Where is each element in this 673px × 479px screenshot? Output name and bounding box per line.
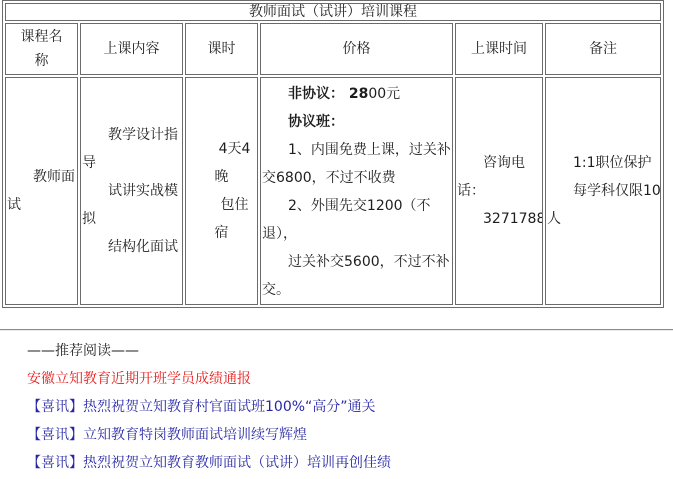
- header-line: 称: [6, 49, 77, 73]
- phone-number: 3271788: [457, 205, 541, 233]
- cell-course-hours: 4天4 晚 包住 宿: [185, 77, 258, 305]
- col-header-hours: 课时: [185, 23, 258, 75]
- price-nonagreement-label: 非协议： 28: [288, 86, 368, 102]
- cell-course-name: 教师面 试: [5, 77, 78, 305]
- text-line: 拟: [82, 205, 181, 233]
- table-title: 教师面试（试讲）培训课程: [5, 3, 661, 21]
- link-tegang-teacher-interview[interactable]: 【喜讯】立知教育特岗教师面试培训续写辉煌: [27, 421, 673, 449]
- text-line: 非协议： 2800元: [262, 80, 451, 108]
- text-line: 交6800，不过不收费: [262, 164, 451, 192]
- cell-course-note: 1:1职位保护 每学科仅限10 人: [545, 77, 661, 305]
- text-line: 包住: [187, 191, 256, 219]
- text-line: 1、内围免费上课，过关补: [262, 136, 451, 164]
- text-line: 教师面: [7, 163, 76, 191]
- text-line: 2、外围先交1200（不: [262, 192, 451, 220]
- text-line: 试讲实战模: [82, 177, 181, 205]
- col-header-time: 上课时间: [455, 23, 543, 75]
- text-line: 试: [7, 191, 76, 219]
- col-header-content: 上课内容: [80, 23, 183, 75]
- cell-course-content: 教学设计指 导 试讲实战模 拟 结构化面试: [80, 77, 183, 305]
- text-line: 退），: [262, 220, 451, 248]
- text-line: 导: [82, 149, 181, 177]
- recommended-reading-heading: ——推荐阅读——: [27, 337, 673, 365]
- text-line: 话：: [457, 177, 541, 205]
- text-line: 咨询电: [457, 149, 541, 177]
- price-nonagreement-value: 00元: [368, 86, 400, 102]
- header-line: 课程名: [6, 25, 77, 49]
- cell-course-time: 咨询电 话： 3271788: [455, 77, 543, 305]
- section-divider: [0, 329, 673, 331]
- link-teacher-interview-training[interactable]: 【喜讯】热烈祝贺立知教育教师面试（试讲）培训再创佳绩: [27, 449, 673, 477]
- text-line: 每学科仅限10: [547, 177, 659, 205]
- col-header-course-name: 课程名 称: [5, 23, 78, 75]
- text-line: 4天4: [187, 135, 256, 163]
- text-line: 人: [547, 205, 659, 233]
- text-line: 教学设计指: [82, 121, 181, 149]
- col-header-price: 价格: [260, 23, 453, 75]
- course-table: 教师面试（试讲）培训课程 课程名 称 上课内容 课时 价格 上课时间 备注 教师…: [2, 0, 664, 308]
- text-line: 宿: [187, 219, 256, 247]
- recommended-reading-section: ——推荐阅读—— 安徽立知教育近期开班学员成绩通报 【喜讯】热烈祝贺立知教育村官…: [27, 337, 673, 477]
- col-header-note: 备注: [545, 23, 661, 75]
- text-line: 过关补交5600，不过不补: [262, 248, 451, 276]
- text-line: 晚: [187, 163, 256, 191]
- link-village-official-interview[interactable]: 【喜讯】热烈祝贺立知教育村官面试班100%“高分”通关: [27, 393, 673, 421]
- text-line: 交。: [262, 276, 451, 304]
- link-student-results-report[interactable]: 安徽立知教育近期开班学员成绩通报: [27, 365, 673, 393]
- text-line: 结构化面试: [82, 233, 181, 261]
- price-agreement-label: 协议班：: [262, 108, 451, 136]
- cell-course-price: 非协议： 2800元 协议班： 1、内围免费上课，过关补 交6800，不过不收费…: [260, 77, 453, 305]
- text-line: 1:1职位保护: [547, 149, 659, 177]
